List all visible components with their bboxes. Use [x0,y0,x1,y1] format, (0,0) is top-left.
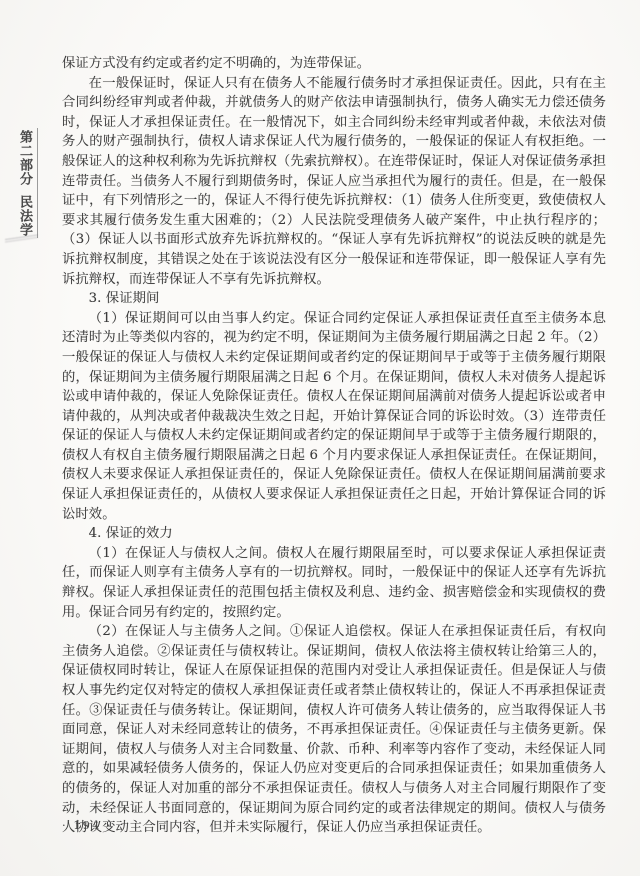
margin-tab-rule [37,128,38,238]
margin-tab: 第二部分 民法学 [15,130,34,237]
page-body: 保证方式没有约定或者约定不明确的，为连带保证。 在一般保证时，保证人只有在债务人… [62,54,606,838]
part-label: 第二部分 [15,130,34,186]
section-heading-guarantee-effect: 4. 保证的效力 [62,524,606,544]
page-number: · 194 · [62,818,113,832]
paragraph-guarantor-creditor-relation: （1）在保证人与债权人之间。债权人在履行期限届至时，可以要求保证人承担保证责任，… [62,544,606,622]
section-heading-guarantee-period: 3. 保证期间 [62,289,606,309]
paragraph-guarantee-period-rules: （1）保证期间可以由当事人约定。保证合同约定保证人承担保证责任直至主债务本息还清… [62,309,606,525]
subject-label: 民法学 [15,195,34,237]
scanned-book-page: { "colors": { "paper": "#fbfaf8", "ink":… [0,0,640,876]
paragraph-guarantor-debtor-relation: （2）在保证人与主债务人之间。①保证人追偿权。保证人在承担保证责任后，有权向主债… [62,622,606,838]
paragraph-guarantee-mode-continuation: 保证方式没有约定或者约定不明确的，为连带保证。 [62,54,606,74]
paragraph-general-vs-joint-guarantee: 在一般保证时，保证人只有在债务人不能履行债务时才承担保证责任。因此，只有在主合同… [62,74,606,290]
scan-smudge [5,233,38,243]
